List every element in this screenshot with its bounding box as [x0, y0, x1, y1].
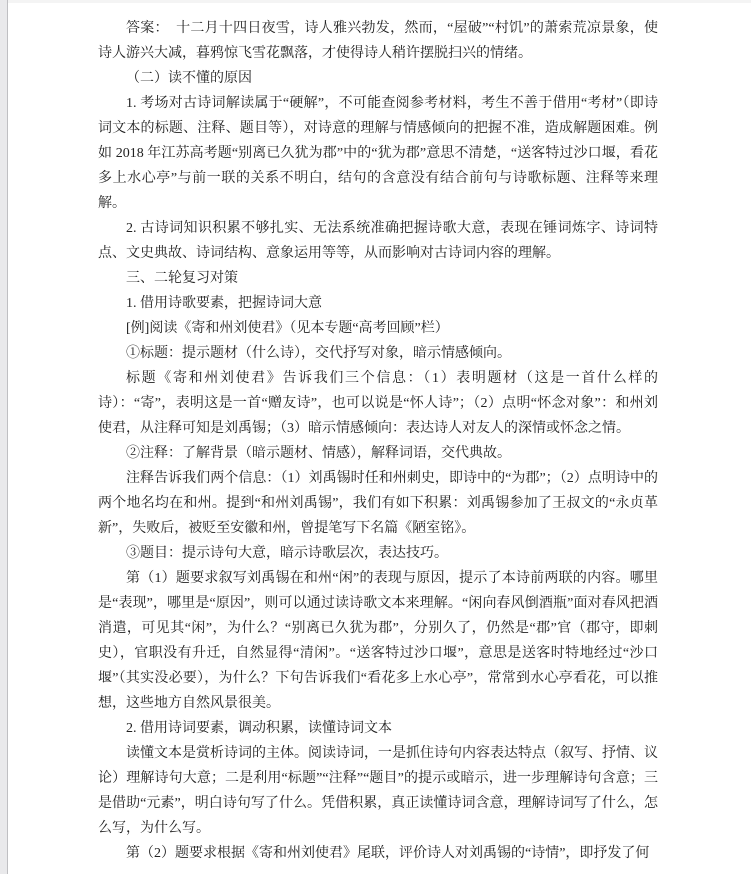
- paragraph: ①标题：提示题材（什么诗），交代抒写对象，暗示情感倾向。: [98, 341, 658, 366]
- paragraph: 答案： 十二月十四日夜雪，诗人雅兴勃发，然而，“屋破”“村饥”的萧索荒凉景象，使…: [98, 16, 658, 66]
- paragraph: ③题目：提示诗句大意，暗示诗歌层次，表达技巧。: [98, 541, 658, 566]
- paragraph: 2. 古诗词知识积累不够扎实、无法系统准确把握诗歌大意，表现在锤词炼字、诗词特点…: [98, 216, 658, 266]
- paragraph: （二）读不懂的原因: [98, 66, 658, 91]
- paragraph: 标题《寄和州刘使君》告诉我们三个信息：（1）表明题材（这是一首什么样的诗）：“寄…: [98, 366, 658, 441]
- window-left-edge: [0, 0, 8, 874]
- paragraph: ②注释：了解背景（暗示题材、情感），解释词语，交代典故。: [98, 441, 658, 466]
- paragraph: 1. 考场对古诗词解读属于“硬解”，不可能查阅参考材料，考生不善于借用“考材”（…: [98, 91, 658, 216]
- paragraph: 1. 借用诗歌要素，把握诗词大意: [98, 291, 658, 316]
- paragraph: [例]阅读《寄和州刘使君》（见本专题“高考回顾”栏）: [98, 316, 658, 341]
- paragraph: 2. 借用诗词要素，调动积累，读懂诗词文本: [98, 716, 658, 741]
- paragraph: 注释告诉我们两个信息：（1）刘禹锡时任和州刺史，即诗中的“为郡”；（2）点明诗中…: [98, 466, 658, 541]
- paragraph: 三、二轮复习对策: [98, 266, 658, 291]
- document-viewer: 答案： 十二月十四日夜雪，诗人雅兴勃发，然而，“屋破”“村饥”的萧索荒凉景象，使…: [0, 0, 751, 874]
- paragraph: 第（2）题要求根据《寄和州刘使君》尾联，评价诗人对刘禹锡的“诗情”，即抒发了何: [98, 841, 658, 866]
- paragraph: 第（1）题要求叙写刘禹锡在和州“闲”的表现与原因，提示了本诗前两联的内容。哪里是…: [98, 566, 658, 716]
- paragraph: 读懂文本是赏析诗词的主体。阅读诗词，一是抓住诗句内容表达特点（叙写、抒情、议论）…: [98, 741, 658, 841]
- document-page: 答案： 十二月十四日夜雪，诗人雅兴勃发，然而，“屋破”“村饥”的萧索荒凉景象，使…: [8, 3, 751, 874]
- document-body: 答案： 十二月十四日夜雪，诗人雅兴勃发，然而，“屋破”“村饥”的萧索荒凉景象，使…: [8, 3, 751, 866]
